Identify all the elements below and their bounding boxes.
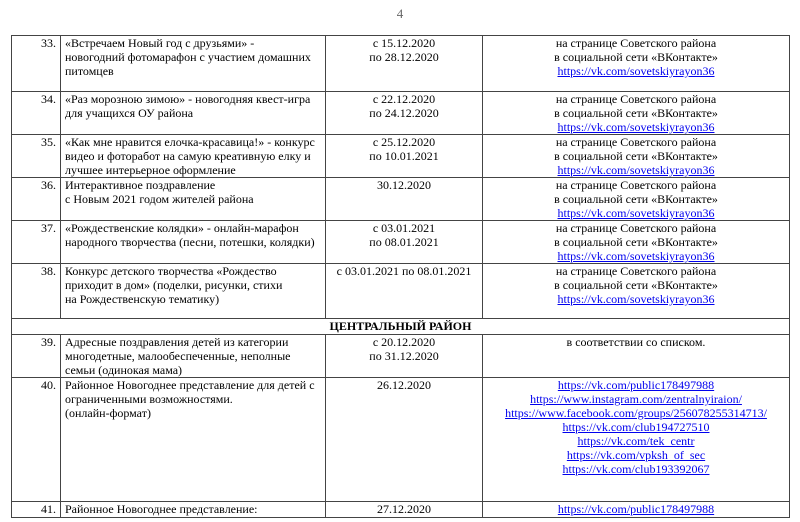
event-title: Конкурс детского творчества «Рождество п… [61,264,326,319]
title-line: семьи (одинокая мама) [65,363,321,377]
title-line: «Как мне нравится елочка-красавица!» - к… [65,135,321,149]
event-link[interactable]: https://vk.com/sovetskiyrayon36 [487,163,785,177]
event-dates: с 03.01.2021 по 08.01.2021 [326,221,483,264]
title-line: Интерактивное поздравление [65,178,321,192]
date-line: с 03.01.2021 [330,221,478,235]
event-place: на странице Советского района в социальн… [483,178,790,221]
date-line: по 10.01.2021 [330,149,478,163]
facebook-link[interactable]: https://www.facebook.com/groups/25607825… [487,406,785,420]
title-line: народного творчества (песни, потешки, ко… [65,235,321,249]
title-line: с Новым 2021 годом жителей района [65,192,321,206]
title-line: новогодний фотомарафон с участием домашн… [65,50,321,64]
event-title: Адресные поздравления детей из категории… [61,335,326,378]
event-title: «Как мне нравится елочка-красавица!» - к… [61,135,326,178]
section-header: ЦЕНТРАЛЬНЫЙ РАЙОН [12,319,790,335]
place-line: на странице Советского района [487,92,785,106]
event-place: на странице Советского района в социальн… [483,135,790,178]
event-dates: с 22.12.2020 по 24.12.2020 [326,92,483,135]
row-number: 40. [12,378,61,502]
row-number: 38. [12,264,61,319]
title-line: лучшее интерьерное оформление [65,163,321,177]
event-link[interactable]: https://vk.com/sovetskiyrayon36 [487,206,785,220]
event-title: Районное Новогоднее представление для де… [61,378,326,502]
vk-public-link[interactable]: https://vk.com/public178497988 [487,378,785,392]
vk-vpksh-link[interactable]: https://vk.com/vpksh_of_sec [487,448,785,462]
place-line: в социальной сети «ВКонтакте» [487,278,785,292]
title-line: для учащихся ОУ района [65,106,321,120]
row-number: 35. [12,135,61,178]
table-row: 37. «Рождественские колядки» - онлайн-ма… [12,221,790,264]
event-dates: с 15.12.2020 по 28.12.2020 [326,36,483,92]
place-line: на странице Советского района [487,264,785,278]
event-place: на странице Советского района в социальн… [483,36,790,92]
event-link[interactable]: https://vk.com/public178497988 [487,502,785,516]
event-place: на странице Советского района в социальн… [483,264,790,319]
event-dates: с 03.01.2021 по 08.01.2021 [326,264,483,319]
date-line: с 03.01.2021 по 08.01.2021 [330,264,478,278]
date-line: по 24.12.2020 [330,106,478,120]
title-line: Конкурс детского творчества «Рождество [65,264,321,278]
event-link[interactable]: https://vk.com/sovetskiyrayon36 [487,64,785,78]
event-place: https://vk.com/public178497988 [483,502,790,518]
event-dates: с 20.12.2020 по 31.12.2020 [326,335,483,378]
vk-club-link[interactable]: https://vk.com/club194727510 [487,420,785,434]
table-row: 39. Адресные поздравления детей из катег… [12,335,790,378]
title-line: приходит в дом» (поделки, рисунки, стихи [65,278,321,292]
event-link[interactable]: https://vk.com/sovetskiyrayon36 [487,249,785,263]
date-line: по 08.01.2021 [330,235,478,249]
date-line: 26.12.2020 [330,378,478,392]
place-line: в социальной сети «ВКонтакте» [487,192,785,206]
place-line: на странице Советского района [487,135,785,149]
title-line: «Рождественские колядки» - онлайн-марафо… [65,221,321,235]
place-line: на странице Советского района [487,221,785,235]
row-number: 33. [12,36,61,92]
title-line: на Рождественскую тематику) [65,292,321,306]
row-number: 41. [12,502,61,518]
title-line: Адресные поздравления детей из категории [65,335,321,349]
page-number: 4 [0,6,800,22]
table-row: 36. Интерактивное поздравление с Новым 2… [12,178,790,221]
date-line: 30.12.2020 [330,178,478,192]
title-line: многодетные, малообеспеченные, неполные [65,349,321,363]
event-title: «Рождественские колядки» - онлайн-марафо… [61,221,326,264]
date-line: с 15.12.2020 [330,36,478,50]
row-number: 34. [12,92,61,135]
date-line: по 31.12.2020 [330,349,478,363]
date-line: с 25.12.2020 [330,135,478,149]
title-line: «Встречаем Новый год с друзьями» - [65,36,321,50]
row-number: 37. [12,221,61,264]
table-row: 34. «Раз морозною зимою» - новогодняя кв… [12,92,790,135]
place-line: в социальной сети «ВКонтакте» [487,235,785,249]
title-line: видео и фоторабот на самую креативную ел… [65,149,321,163]
table-row: 41. Районное Новогоднее представление: 2… [12,502,790,518]
table-row: 35. «Как мне нравится елочка-красавица!»… [12,135,790,178]
place-line: в социальной сети «ВКонтакте» [487,149,785,163]
event-title: Районное Новогоднее представление: [61,502,326,518]
event-dates: 26.12.2020 [326,378,483,502]
place-line: на странице Советского района [487,36,785,50]
title-line: Районное Новогоднее представление для де… [65,378,321,392]
event-place: на странице Советского района в социальн… [483,92,790,135]
event-dates: 27.12.2020 [326,502,483,518]
table-row: 38. Конкурс детского творчества «Рождест… [12,264,790,319]
event-place: на странице Советского района в социальн… [483,221,790,264]
event-dates: с 25.12.2020 по 10.01.2021 [326,135,483,178]
event-link[interactable]: https://vk.com/sovetskiyrayon36 [487,292,785,306]
instagram-link[interactable]: https://www.instagram.com/zentralnyiraio… [487,392,785,406]
table-row: 33. «Встречаем Новый год с друзьями» - н… [12,36,790,92]
vk-club-link[interactable]: https://vk.com/club193392067 [487,462,785,476]
place-line: на странице Советского района [487,178,785,192]
date-line: по 28.12.2020 [330,50,478,64]
row-number: 39. [12,335,61,378]
event-title: Интерактивное поздравление с Новым 2021 … [61,178,326,221]
section-header-row: ЦЕНТРАЛЬНЫЙ РАЙОН [12,319,790,335]
event-dates: 30.12.2020 [326,178,483,221]
title-line: Районное Новогоднее представление: [65,502,321,516]
row-number: 36. [12,178,61,221]
event-title: «Встречаем Новый год с друзьями» - новог… [61,36,326,92]
event-link[interactable]: https://vk.com/sovetskiyrayon36 [487,120,785,134]
title-line: (онлайн-формат) [65,406,321,420]
date-line: с 22.12.2020 [330,92,478,106]
place-line: в соответствии со списком. [487,335,785,349]
title-line: «Раз морозною зимою» - новогодняя квест-… [65,92,321,106]
date-line: с 20.12.2020 [330,335,478,349]
date-line: 27.12.2020 [330,502,478,516]
title-line: питомцев [65,64,321,78]
vk-tek-centr-link[interactable]: https://vk.com/tek_centr [487,434,785,448]
title-line: ограниченными возможностями. [65,392,321,406]
events-table: 33. «Встречаем Новый год с друзьями» - н… [11,35,790,518]
event-place: https://vk.com/public178497988 https://w… [483,378,790,502]
event-place: в соответствии со списком. [483,335,790,378]
table-row: 40. Районное Новогоднее представление дл… [12,378,790,502]
event-title: «Раз морозною зимою» - новогодняя квест-… [61,92,326,135]
place-line: в социальной сети «ВКонтакте» [487,50,785,64]
place-line: в социальной сети «ВКонтакте» [487,106,785,120]
